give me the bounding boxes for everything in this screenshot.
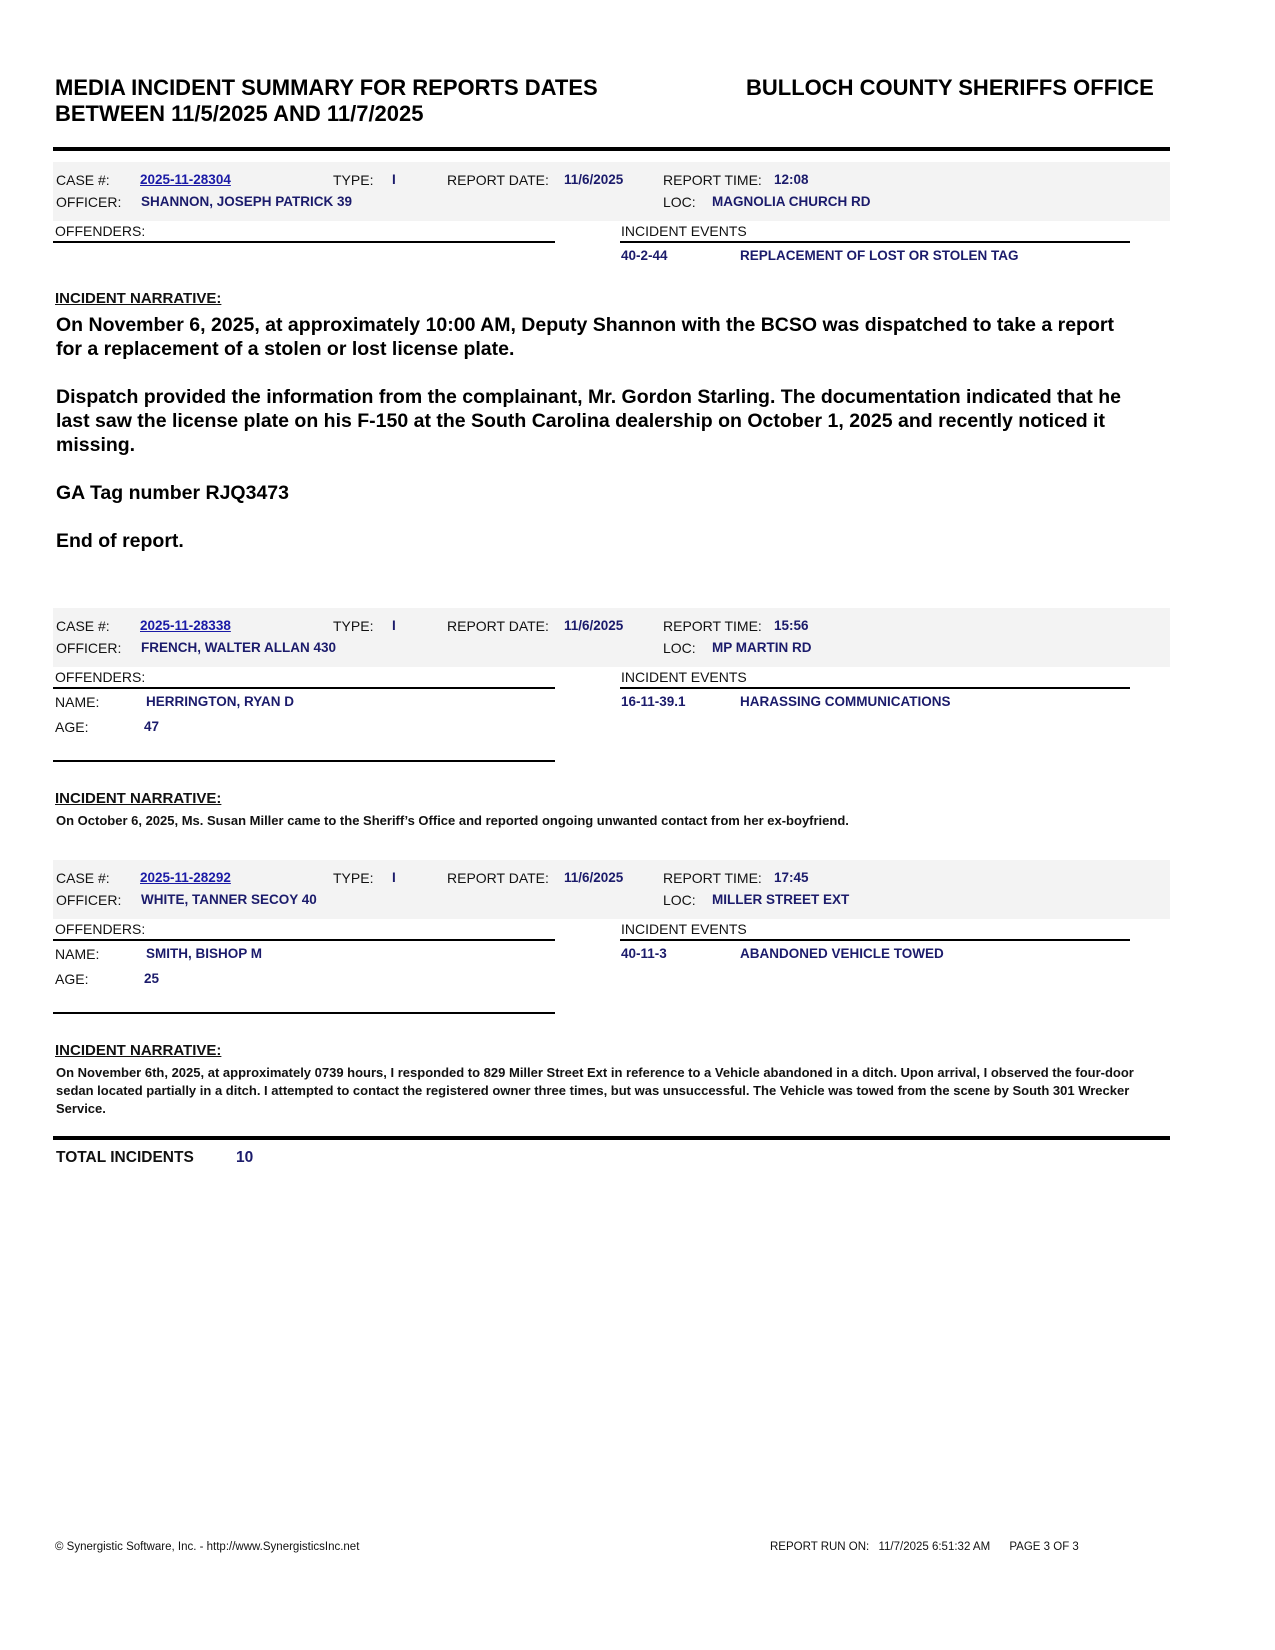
report-title-line2: BETWEEN 11/5/2025 AND 11/7/2025 xyxy=(55,101,598,127)
loc-value: MAGNOLIA CHURCH RD xyxy=(712,194,871,209)
report-date-value: 11/6/2025 xyxy=(564,870,623,885)
offenders-label: OFFENDERS: xyxy=(55,921,145,937)
case-header-band xyxy=(53,162,1170,221)
offender-name-value: SMITH, BISHOP M xyxy=(146,946,262,961)
report-date-label: REPORT DATE: xyxy=(447,172,549,188)
report-time-label: REPORT TIME: xyxy=(663,172,762,188)
type-label: TYPE: xyxy=(333,618,373,634)
type-value: I xyxy=(392,172,396,187)
loc-value: MILLER STREET EXT xyxy=(712,892,849,907)
narrative-heading: INCIDENT NARRATIVE: xyxy=(55,1042,221,1059)
report-title-line1: MEDIA INCIDENT SUMMARY FOR REPORTS DATES xyxy=(55,75,598,101)
offenders-bottom-divider xyxy=(53,760,555,762)
narrative-paragraph: End of report. xyxy=(56,529,1136,553)
report-date-label: REPORT DATE: xyxy=(447,870,549,886)
offender-age-value: 47 xyxy=(144,719,159,734)
offender-age-label: AGE: xyxy=(55,971,88,987)
case-number-link[interactable]: 2025-11-28338 xyxy=(140,618,231,633)
narrative-body: On November 6, 2025, at approximately 10… xyxy=(56,313,1136,553)
type-label: TYPE: xyxy=(333,172,373,188)
event-description: HARASSING COMMUNICATIONS xyxy=(740,694,951,709)
type-value: I xyxy=(392,618,396,633)
header-divider xyxy=(53,147,1170,151)
offender-name-label: NAME: xyxy=(55,946,99,962)
narrative-paragraph: On November 6th, 2025, at approximately … xyxy=(56,1064,1136,1118)
event-description: ABANDONED VEHICLE TOWED xyxy=(740,946,944,961)
incident-events-label: INCIDENT EVENTS xyxy=(621,223,747,239)
case-number-label: CASE #: xyxy=(56,618,110,634)
report-date-label: REPORT DATE: xyxy=(447,618,549,634)
report-time-value: 15:56 xyxy=(774,618,809,633)
case-header-band xyxy=(53,860,1170,919)
total-divider xyxy=(53,1136,1170,1140)
narrative-paragraph: GA Tag number RJQ3473 xyxy=(56,481,1136,505)
offender-age-value: 25 xyxy=(144,971,159,986)
offenders-label: OFFENDERS: xyxy=(55,669,145,685)
narrative-paragraph: Dispatch provided the information from t… xyxy=(56,385,1136,457)
total-incidents-value: 10 xyxy=(236,1149,253,1167)
offenders-divider xyxy=(53,241,555,243)
offenders-label: OFFENDERS: xyxy=(55,223,145,239)
officer-label: OFFICER: xyxy=(56,892,121,908)
offender-name-value: HERRINGTON, RYAN D xyxy=(146,694,294,709)
offender-name-label: NAME: xyxy=(55,694,99,710)
page-number: PAGE 3 OF 3 xyxy=(1009,1541,1078,1553)
report-time-label: REPORT TIME: xyxy=(663,618,762,634)
officer-value: FRENCH, WALTER ALLAN 430 xyxy=(141,640,336,655)
offenders-divider xyxy=(53,939,555,941)
total-incidents-label: TOTAL INCIDENTS xyxy=(56,1149,194,1167)
report-title: MEDIA INCIDENT SUMMARY FOR REPORTS DATES… xyxy=(55,75,598,127)
report-run-value: 11/7/2025 6:51:32 AM xyxy=(878,1541,990,1553)
report-time-value: 12:08 xyxy=(774,172,809,187)
event-code: 40-11-3 xyxy=(621,946,667,961)
report-date-value: 11/6/2025 xyxy=(564,618,623,633)
agency-name: BULLOCH COUNTY SHERIFFS OFFICE xyxy=(746,75,1154,101)
loc-value: MP MARTIN RD xyxy=(712,640,812,655)
officer-label: OFFICER: xyxy=(56,640,121,656)
narrative-paragraph: On October 6, 2025, Ms. Susan Miller cam… xyxy=(56,812,1136,830)
incident-events-divider xyxy=(620,241,1130,243)
event-description: REPLACEMENT OF LOST OR STOLEN TAG xyxy=(740,248,1019,263)
case-number-link[interactable]: 2025-11-28304 xyxy=(140,172,231,187)
officer-value: SHANNON, JOSEPH PATRICK 39 xyxy=(141,194,352,209)
loc-label: LOC: xyxy=(663,640,696,656)
report-date-value: 11/6/2025 xyxy=(564,172,623,187)
narrative-body: On October 6, 2025, Ms. Susan Miller cam… xyxy=(56,812,1136,830)
case-number-label: CASE #: xyxy=(56,870,110,886)
offenders-divider xyxy=(53,687,555,689)
report-run-label: REPORT RUN ON: xyxy=(770,1541,869,1553)
case-number-label: CASE #: xyxy=(56,172,110,188)
type-value: I xyxy=(392,870,396,885)
event-code: 40-2-44 xyxy=(621,248,668,263)
offenders-bottom-divider xyxy=(53,1012,555,1014)
narrative-body: On November 6th, 2025, at approximately … xyxy=(56,1064,1136,1118)
footer-report-run: REPORT RUN ON: 11/7/2025 6:51:32 AM PAGE… xyxy=(770,1541,1079,1553)
incident-events-divider xyxy=(620,687,1130,689)
loc-label: LOC: xyxy=(663,194,696,210)
narrative-heading: INCIDENT NARRATIVE: xyxy=(55,290,221,307)
incident-events-divider xyxy=(620,939,1130,941)
event-code: 16-11-39.1 xyxy=(621,694,686,709)
narrative-paragraph: On November 6, 2025, at approximately 10… xyxy=(56,313,1136,361)
officer-value: WHITE, TANNER SECOY 40 xyxy=(141,892,317,907)
officer-label: OFFICER: xyxy=(56,194,121,210)
offender-age-label: AGE: xyxy=(55,719,88,735)
incident-events-label: INCIDENT EVENTS xyxy=(621,669,747,685)
report-time-label: REPORT TIME: xyxy=(663,870,762,886)
loc-label: LOC: xyxy=(663,892,696,908)
type-label: TYPE: xyxy=(333,870,373,886)
case-header-band xyxy=(53,608,1170,667)
footer-copyright: © Synergistic Software, Inc. - http://ww… xyxy=(55,1541,359,1553)
narrative-heading: INCIDENT NARRATIVE: xyxy=(55,790,221,807)
report-time-value: 17:45 xyxy=(774,870,809,885)
incident-events-label: INCIDENT EVENTS xyxy=(621,921,747,937)
case-number-link[interactable]: 2025-11-28292 xyxy=(140,870,231,885)
